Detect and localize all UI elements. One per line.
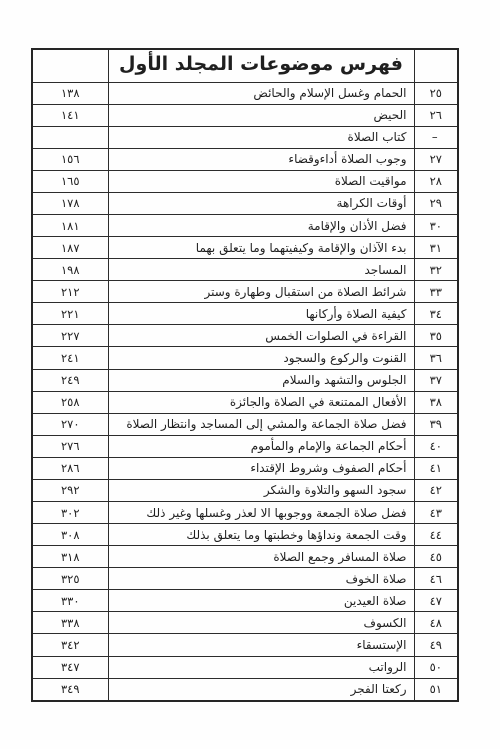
page-number-cell: ٣٢٥ (32, 568, 108, 590)
chapter-number-cell: ٤٦ (414, 568, 458, 590)
chapter-number-cell: ٣٥ (414, 325, 458, 347)
page-number-cell: ١٩٨ (32, 259, 108, 281)
page-number-cell: ٢٧٦ (32, 435, 108, 457)
page-number-cell: ٢٢١ (32, 303, 108, 325)
topic-title-cell: أحكام الصفوف وشروط الإقتداء (108, 457, 414, 479)
chapter-number-cell: ٣٧ (414, 369, 458, 391)
page-number-cell (32, 126, 108, 148)
page-title: فهرس موضوعات المجلد الأول (108, 49, 414, 82)
topic-title-cell: بدء الآذان والإقامة وكيفيتهما وما يتعلق … (108, 237, 414, 259)
chapter-number-cell: ٣٣ (414, 281, 458, 303)
topic-title-cell: وجوب الصلاة أداءوقضاء (108, 148, 414, 170)
table-row: ٣٥القراءة في الصلوات الخمس٢٢٧ (32, 325, 458, 347)
table-row: ٣٣شرائط الصلاة من استقبال وطهارة وستر٢١٢ (32, 281, 458, 303)
table-row: ٥١ركعتا الفجر٣٤٩ (32, 678, 458, 701)
topic-title-cell: كتاب الصلاة (108, 126, 414, 148)
scanned-page: فهرس موضوعات المجلد الأول ٢٥الحمام وغسل … (0, 0, 500, 749)
table-row: ٤٧صلاة العيدين٣٣٠ (32, 590, 458, 612)
topic-title-cell: فضل الأذان والإقامة (108, 214, 414, 236)
chapter-number-cell: ٣٤ (414, 303, 458, 325)
topic-title-cell: ركعتا الفجر (108, 678, 414, 701)
table-row: ٤٣فضل صلاة الجمعة ووجوبها الا لعذر وغسله… (32, 501, 458, 523)
table-row: ٣٤كيفية الصلاة وأركانها٢٢١ (32, 303, 458, 325)
table-row: ٥٠الرواتب٣٤٧ (32, 656, 458, 678)
chapter-number-cell: ٣٩ (414, 413, 458, 435)
table-row: ٤٢سجود السهو والتلاوة والشكر٢٩٢ (32, 479, 458, 501)
header-row: فهرس موضوعات المجلد الأول (32, 49, 458, 82)
table-row: ٣٠فضل الأذان والإقامة١٨١ (32, 214, 458, 236)
page-number-cell: ٣٣٨ (32, 612, 108, 634)
topic-title-cell: أوقات الكراهة (108, 192, 414, 214)
chapter-number-cell: ٤٣ (414, 501, 458, 523)
chapter-number-cell: ٢٧ (414, 148, 458, 170)
table-row: ٢٦الحيض١٤١ (32, 104, 458, 126)
table-row: ٤٨الكسوف٣٣٨ (32, 612, 458, 634)
topic-title-cell: الجلوس والتشهد والسلام (108, 369, 414, 391)
table-row: ٣٧الجلوس والتشهد والسلام٢٤٩ (32, 369, 458, 391)
chapter-number-cell: ٢٥ (414, 82, 458, 104)
header-page-cell-empty (32, 49, 108, 82)
topic-title-cell: أحكام الجماعة والإمام والمأموم (108, 435, 414, 457)
page-number-cell: ٢٤١ (32, 347, 108, 369)
chapter-number-cell: ٤٩ (414, 634, 458, 656)
page-number-cell: ١٧٨ (32, 192, 108, 214)
page-number-cell: ٢٨٦ (32, 457, 108, 479)
table-row: ٣٨الأفعال الممتنعة في الصلاة والجائزة٢٥٨ (32, 391, 458, 413)
topic-title-cell: القنوت والركوع والسجود (108, 347, 414, 369)
header-chapter-cell-empty (414, 49, 458, 82)
page-number-cell: ٣١٨ (32, 546, 108, 568)
table-row: ٤٦صلاة الخوف٣٢٥ (32, 568, 458, 590)
topic-title-cell: صلاة المسافر وجمع الصلاة (108, 546, 414, 568)
chapter-number-cell: ٤٨ (414, 612, 458, 634)
table-row: ٣٩فضل صلاة الجماعة والمشي إلى المساجد وا… (32, 413, 458, 435)
chapter-number-cell: ٢٦ (414, 104, 458, 126)
topic-title-cell: الكسوف (108, 612, 414, 634)
table-row: ٢٩أوقات الكراهة١٧٨ (32, 192, 458, 214)
chapter-number-cell: ٤٠ (414, 435, 458, 457)
chapter-number-cell: – (414, 126, 458, 148)
page-number-cell: ٢١٢ (32, 281, 108, 303)
page-number-cell: ١٣٨ (32, 82, 108, 104)
table-row: ٢٨مواقيت الصلاة١٦٥ (32, 170, 458, 192)
topic-title-cell: شرائط الصلاة من استقبال وطهارة وستر (108, 281, 414, 303)
page-number-cell: ١٨١ (32, 214, 108, 236)
topic-title-cell: الرواتب (108, 656, 414, 678)
topic-title-cell: وقت الجمعة ونداؤها وخطبتها وما يتعلق بذل… (108, 524, 414, 546)
page-number-cell: ٢٢٧ (32, 325, 108, 347)
topic-title-cell: الحمام وغسل الإسلام والحائض (108, 82, 414, 104)
chapter-number-cell: ٣٨ (414, 391, 458, 413)
chapter-number-cell: ٢٨ (414, 170, 458, 192)
page-number-cell: ٣٠٨ (32, 524, 108, 546)
page-number-cell: ٣٤٩ (32, 678, 108, 701)
chapter-number-cell: ٤٥ (414, 546, 458, 568)
table-row: ٣٦القنوت والركوع والسجود٢٤١ (32, 347, 458, 369)
page-number-cell: ١٥٦ (32, 148, 108, 170)
topic-title-cell: فضل صلاة الجماعة والمشي إلى المساجد وانت… (108, 413, 414, 435)
chapter-number-cell: ٢٩ (414, 192, 458, 214)
topic-title-cell: المساجد (108, 259, 414, 281)
table-row: –كتاب الصلاة (32, 126, 458, 148)
page-number-cell: ١٤١ (32, 104, 108, 126)
toc-table: فهرس موضوعات المجلد الأول ٢٥الحمام وغسل … (31, 48, 459, 702)
topic-title-cell: مواقيت الصلاة (108, 170, 414, 192)
page-number-cell: ٢٤٩ (32, 369, 108, 391)
page-number-cell: ١٨٧ (32, 237, 108, 259)
page-number-cell: ٢٩٢ (32, 479, 108, 501)
topic-title-cell: كيفية الصلاة وأركانها (108, 303, 414, 325)
topic-title-cell: القراءة في الصلوات الخمس (108, 325, 414, 347)
page-number-cell: ١٦٥ (32, 170, 108, 192)
toc-rows: ٢٥الحمام وغسل الإسلام والحائض١٣٨٢٦الحيض١… (32, 82, 458, 701)
chapter-number-cell: ٥٠ (414, 656, 458, 678)
table-row: ٤٥صلاة المسافر وجمع الصلاة٣١٨ (32, 546, 458, 568)
chapter-number-cell: ٥١ (414, 678, 458, 701)
table-row: ٣١بدء الآذان والإقامة وكيفيتهما وما يتعل… (32, 237, 458, 259)
chapter-number-cell: ٤٢ (414, 479, 458, 501)
table-row: ٤٤وقت الجمعة ونداؤها وخطبتها وما يتعلق ب… (32, 524, 458, 546)
table-row: ٢٧وجوب الصلاة أداءوقضاء١٥٦ (32, 148, 458, 170)
page-number-cell: ٢٧٠ (32, 413, 108, 435)
chapter-number-cell: ٣٢ (414, 259, 458, 281)
topic-title-cell: الحيض (108, 104, 414, 126)
topic-title-cell: فضل صلاة الجمعة ووجوبها الا لعذر وغسلها … (108, 501, 414, 523)
page-number-cell: ٢٥٨ (32, 391, 108, 413)
topic-title-cell: صلاة الخوف (108, 568, 414, 590)
page-number-cell: ٣٤٢ (32, 634, 108, 656)
chapter-number-cell: ٤٤ (414, 524, 458, 546)
table-row: ٤١أحكام الصفوف وشروط الإقتداء٢٨٦ (32, 457, 458, 479)
page-number-cell: ٣٠٢ (32, 501, 108, 523)
chapter-number-cell: ٤١ (414, 457, 458, 479)
topic-title-cell: سجود السهو والتلاوة والشكر (108, 479, 414, 501)
table-row: ٢٥الحمام وغسل الإسلام والحائض١٣٨ (32, 82, 458, 104)
table-row: ٤٩الإستسقاء٣٤٢ (32, 634, 458, 656)
chapter-number-cell: ٣٦ (414, 347, 458, 369)
page-number-cell: ٣٤٧ (32, 656, 108, 678)
chapter-number-cell: ٤٧ (414, 590, 458, 612)
page-number-cell: ٣٣٠ (32, 590, 108, 612)
table-row: ٤٠أحكام الجماعة والإمام والمأموم٢٧٦ (32, 435, 458, 457)
chapter-number-cell: ٣٠ (414, 214, 458, 236)
topic-title-cell: الإستسقاء (108, 634, 414, 656)
topic-title-cell: صلاة العيدين (108, 590, 414, 612)
table-row: ٣٢المساجد١٩٨ (32, 259, 458, 281)
chapter-number-cell: ٣١ (414, 237, 458, 259)
topic-title-cell: الأفعال الممتنعة في الصلاة والجائزة (108, 391, 414, 413)
